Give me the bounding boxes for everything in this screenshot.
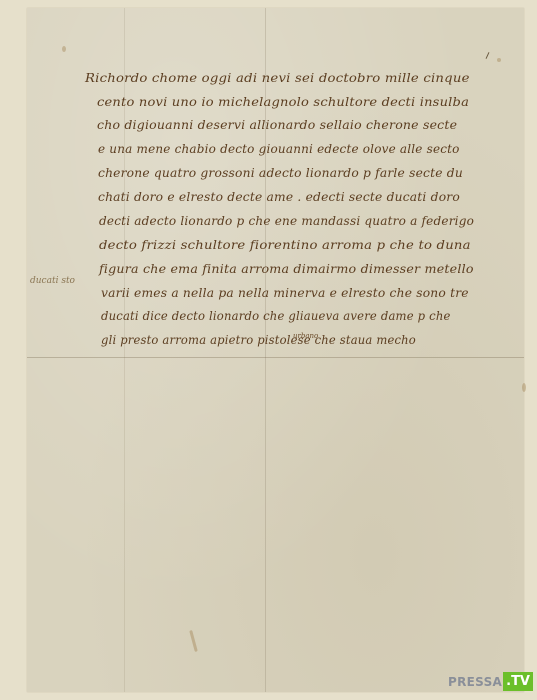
- text-line-5: cherone quatro grossoni adecto lionardo …: [98, 165, 463, 180]
- vertical-fold-line-left: [124, 8, 125, 692]
- text-line-11: ducati dice decto lionardo che gliaueva …: [101, 308, 451, 323]
- text-line-7: decti adecto lionardo p che ene mandassi…: [99, 213, 474, 228]
- text-line-3: cho digiouanni deservi allionardo sellai…: [97, 117, 457, 132]
- watermark-text: PRESSA: [448, 675, 502, 689]
- margin-note: ducati sto: [30, 276, 75, 286]
- paper-stain: [62, 46, 66, 52]
- text-line-12: gli presto arroma apietro pistolese che …: [101, 332, 416, 347]
- text-line-4: e una mene chabio decto giouanni edecte …: [98, 141, 460, 156]
- text-line-6: chati doro e elresto decte ame . edecti …: [98, 189, 460, 204]
- paper-stain: [189, 630, 198, 652]
- vertical-fold-line: [265, 8, 266, 692]
- watermark-badge: .TV: [503, 672, 533, 691]
- manuscript-page: ducati sto urbano Richordo chome oggi ad…: [27, 8, 524, 692]
- pen-mark: [486, 52, 490, 59]
- paper-stain: [522, 383, 526, 392]
- horizontal-fold-line: [27, 357, 524, 358]
- watermark-logo: PRESSA .TV: [448, 671, 533, 692]
- paper-stain: [497, 58, 501, 62]
- text-line-1: Richordo chome oggi adi nevi sei doctobr…: [85, 70, 470, 85]
- text-line-10: varii emes a nella pa nella minerva e el…: [101, 285, 469, 300]
- text-line-2: cento novi uno io michelagnolo schultore…: [97, 94, 469, 109]
- text-line-9: figura che ema finita arroma dimairmo di…: [99, 261, 474, 276]
- text-line-8: decto frizzi schultore fiorentino arroma…: [99, 237, 471, 252]
